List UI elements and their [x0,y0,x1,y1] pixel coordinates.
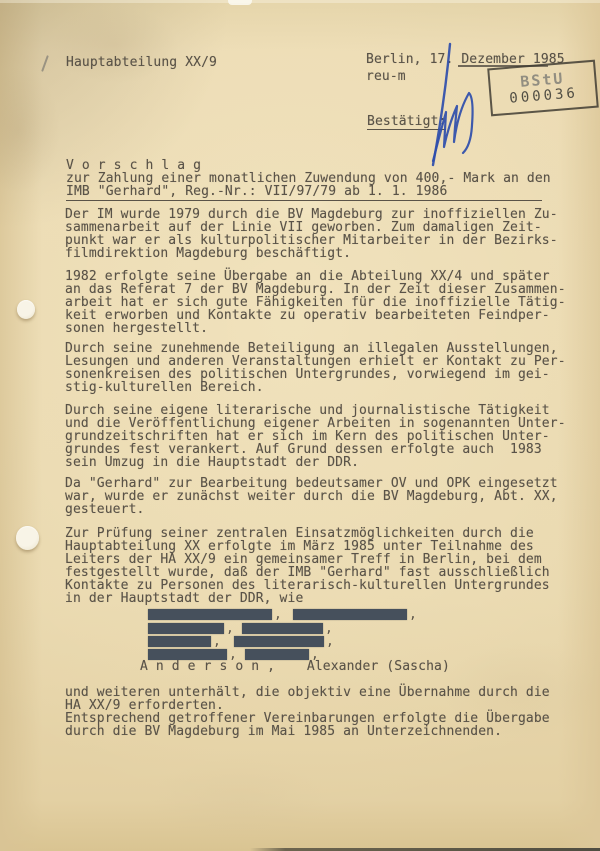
redaction-comma: , [326,635,334,648]
typist-code: reu-m [366,70,406,83]
redaction-comma: , [409,608,417,621]
subject-line-2-text: IMB "Gerhard", Reg.-Nr.: VII/97/79 ab 1.… [66,184,447,199]
paragraph-recruitment: Der IM wurde 1979 durch die BV Magdeburg… [65,208,558,260]
paragraph-exhibitions: Durch seine zunehmende Beteiligung an il… [65,342,566,394]
paragraph-steering: Da "Gerhard" zur Bearbeitung bedeutsamer… [65,477,558,516]
document-page: Hauptabteilung XX/9 Berlin, 17. Dezember… [0,0,600,851]
scan-artifact [228,0,252,5]
paragraph-transfer-1982: 1982 erfolgte seine Übergabe an die Abte… [65,270,566,335]
scan-top-edge [0,0,600,3]
redaction-bar [148,636,211,647]
paragraph-berlin-meeting: Zur Prüfung seiner zentralen Einsatzmögl… [65,527,550,605]
margin-pen-mark [41,55,49,72]
redaction-bar [293,609,407,620]
punch-hole-top [17,300,35,319]
approved-label: Bestätigt: [367,115,446,130]
redaction-comma: , [274,608,282,621]
redaction-bar [148,609,272,620]
subject-line-2: IMB "Gerhard", Reg.-Nr.: VII/97/79 ab 1.… [66,185,542,201]
redaction-comma: , [213,635,221,648]
redaction-comma: , [226,622,234,635]
paragraph-literary-activity: Durch seine eigene literarische und jour… [65,404,566,469]
bstu-stamp: BStU 000036 [487,60,599,117]
department-line: Hauptabteilung XX/9 [66,56,217,69]
closing-paragraph: und weiteren unterhält, die objektiv ein… [65,686,550,738]
redaction-bar [148,623,224,634]
stamp-number: 000036 [509,86,578,106]
redaction-bar [242,623,323,634]
contact-name: A n d e r s o n , Alexander (Sascha) [140,660,450,673]
punch-hole-bottom [16,526,39,550]
redaction-bar [234,636,324,647]
